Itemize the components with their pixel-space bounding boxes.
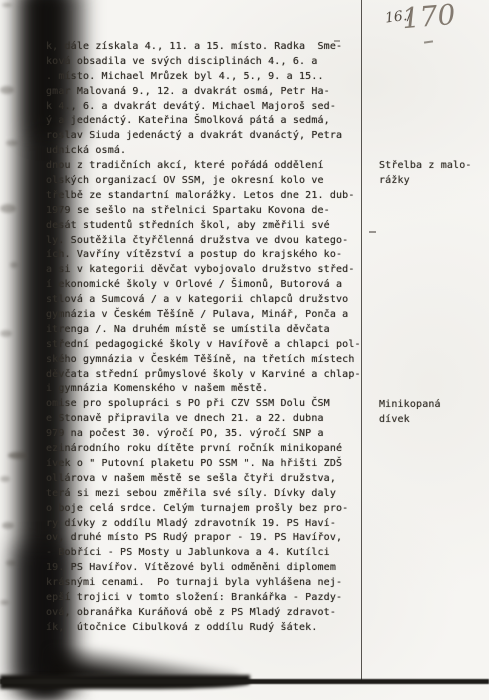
text-line: ezinárodního roku dítěte první ročník mi… xyxy=(46,442,376,457)
text-line: ková obsadila ve svých disciplinách 4., … xyxy=(46,55,376,70)
scan-smudge xyxy=(0,204,16,213)
text-line: 19. PS Havířov. Vítězové byli odměněni d… xyxy=(46,561,376,576)
scan-smudge xyxy=(10,262,18,268)
margin-note-strelba: Střelba z malo- rážky xyxy=(379,159,484,189)
scan-smudge xyxy=(2,3,12,7)
text-line: ová, obranářka Kuráňová obě z PS Mladý z… xyxy=(46,606,376,621)
scan-smudge xyxy=(2,522,14,529)
text-line: gmar Malovaná 9., 12. a dvakrát osmá, Pe… xyxy=(46,85,376,100)
text-line: e Stonavě připravila ve dnech 21. a 22. … xyxy=(46,412,376,427)
text-line: ského gymnázia v Českém Těšíně, na třetí… xyxy=(46,353,376,368)
text-line: o boje celá srdce. Celým turnajem prošly… xyxy=(46,502,376,517)
text-line: itrenga /. Na druhém místě se umístila d… xyxy=(46,323,376,338)
text-line: ov, druhé místo PS Rudý prapor - 19. PS … xyxy=(46,531,376,546)
scan-smudge xyxy=(0,600,9,605)
text-line: ích. Vavříny vítězství a postup do krajs… xyxy=(46,248,376,263)
text-line: děvčata střední průmyslové školy v Karvi… xyxy=(46,368,376,383)
text-line: ly. Soutěžila čtyřčlenná družstva ve dvo… xyxy=(46,234,376,249)
text-line: omise pro spolupráci s PO při CZV SSM Do… xyxy=(46,397,376,412)
margin-note-minikopana: Minikopaná dívek xyxy=(379,398,484,428)
scan-smudge xyxy=(0,86,14,94)
text-line: střední pedagogické školy v Havířově a c… xyxy=(46,338,376,353)
text-line: ík, útočnice Cibulková z oddílu Rudý šát… xyxy=(46,621,376,636)
text-line: olských organizací OV SSM, je okresní ko… xyxy=(46,174,376,189)
scan-smudge xyxy=(0,330,12,337)
text-line: krásnými cenami. Po turnaji byla vyhláše… xyxy=(46,576,376,591)
text-line: epší trojici v tomto složení: Brankářka … xyxy=(46,591,376,606)
text-line: ívek o " Putovní plaketu PO SSM ". Na hř… xyxy=(46,457,376,472)
scanned-page: 16./ 170 k, dále získala 4., 11. a 15. m… xyxy=(0,0,489,700)
text-line: - Bobříci - PS Mosty u Jablunkova a 4. K… xyxy=(46,546,376,561)
typewritten-body: k, dále získala 4., 11. a 15. místo. Rad… xyxy=(46,40,376,636)
text-line: 1979 se sešlo na střelnici Spartaku Kovo… xyxy=(46,204,376,219)
scan-smudge xyxy=(6,560,16,566)
text-line: ollárova v našem městě se sešla čtyři dr… xyxy=(46,472,376,487)
scan-smudge xyxy=(6,140,18,146)
text-line: terá si mezi sebou změřila své síly. Dív… xyxy=(46,487,376,502)
text-line: dnou z tradičních akcí, které pořádá odd… xyxy=(46,159,376,174)
text-line: ry dívky z oddílu Mladý zdravotník 19. P… xyxy=(46,517,376,532)
text-line: desát studentů středních škol, aby změři… xyxy=(46,219,376,234)
text-line: k 4., 6. a dvakrát devátý. Michael Major… xyxy=(46,100,376,115)
text-line: ý a jedenáctý. Kateřina Šmolková pátá a … xyxy=(46,114,376,129)
text-line: a si v kategorii děvčat vybojovalo družs… xyxy=(46,263,376,278)
text-line: gymnázia v Českém Těšíně / Pulava, Minář… xyxy=(46,308,376,323)
text-line: udnická osmá. xyxy=(46,144,376,159)
text-line: k, dále získala 4., 11. a 15. místo. Rad… xyxy=(46,40,376,55)
handwritten-page-number: 170 xyxy=(401,0,457,35)
scan-smudge xyxy=(8,452,28,459)
text-line: í ekonomické školy v Orlové / Šimonů, Bu… xyxy=(46,278,376,293)
text-line: roslav Siuda jedenáctý a dvakrát dvanáct… xyxy=(46,129,376,144)
page-bottom-edge xyxy=(0,679,489,684)
text-line: stlová a Sumcová / a v kategorii chlapců… xyxy=(46,293,376,308)
text-line: . místo. Michael Mrůzek byl 4., 5., 9. a… xyxy=(46,70,376,85)
text-line: třelbě ze standartní malorážky. Letos dn… xyxy=(46,189,376,204)
text-line: i gymnázia Komenského v našem městě. xyxy=(46,382,376,397)
pen-dash-mark xyxy=(424,40,433,43)
scan-smudge xyxy=(0,476,10,482)
text-line: 979 na počest 30. výročí PO, 35. výročí … xyxy=(46,427,376,442)
